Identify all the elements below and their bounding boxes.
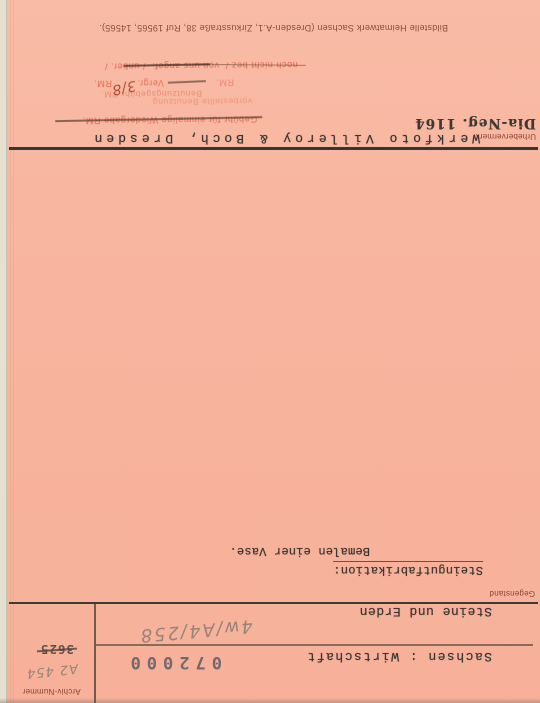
fee-vergr-label: Vergr. <box>137 78 164 88</box>
header-main-rule <box>9 602 538 604</box>
scan-edge-shadow <box>0 698 540 703</box>
footer-imprint: Bildstelle Heimatwerk Sachsen (Dresden-A… <box>7 23 540 33</box>
header-row-rule <box>96 645 533 647</box>
card-content-rotated-180: Archiv-Nummer A2 454 3625 Sachsen : Wirt… <box>7 0 540 703</box>
crease-line <box>10 0 11 703</box>
archive-number-label: Archiv-Nummer <box>7 687 96 696</box>
material-group-line: Steine und Erden <box>359 604 492 619</box>
archive-card-scan: Archiv-Nummer A2 454 3625 Sachsen : Wirt… <box>7 0 540 703</box>
fee-stamp: Gebühr für einmalige Wiedergabe RM. vorb… <box>50 57 303 127</box>
fee-rm-left: RM. <box>216 77 234 87</box>
dia-negative-number: Dia-Neg. 1164 <box>414 115 536 131</box>
handwritten-code: 4w/A4/258 <box>138 615 254 646</box>
region-subject-line: Sachsen : Wirtschaft <box>306 649 492 664</box>
registry-number-stamp: 072000 <box>125 652 222 672</box>
credit-value: Werkfoto Villeroy & Boch, Dresden <box>91 131 480 146</box>
credit-rule <box>9 148 538 151</box>
archive-number-cancelled: 3625 <box>40 642 74 657</box>
pencil-dash-line <box>168 81 206 84</box>
crease-line <box>13 0 14 703</box>
archive-number-handwritten: A2 454 <box>25 660 78 680</box>
subject-heading: Steingutfabrikation: <box>333 561 483 577</box>
fee-rm-right: RM. <box>94 79 112 89</box>
subject-caption: Bemalen einer Vase. <box>229 544 370 558</box>
credit-label: Urhebervermerk: <box>473 132 536 141</box>
field-label-gegenstand: Gegenstand <box>489 589 535 598</box>
